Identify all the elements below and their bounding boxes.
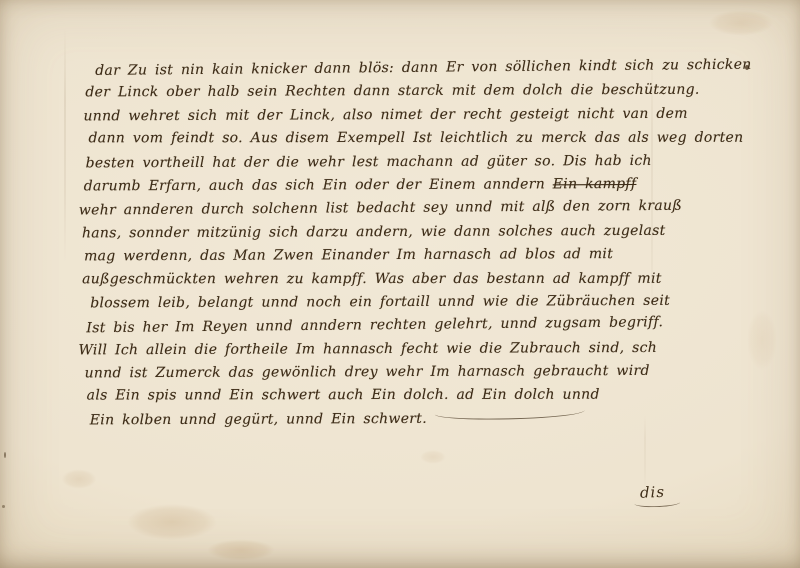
manuscript-line: dann vom feindt so. Aus disem Exempell I… — [89, 127, 709, 151]
manuscript-line: als Ein spis unnd Ein schwert auch Ein d… — [87, 384, 710, 408]
foxing-stain — [56, 466, 102, 492]
handwritten-text-block: dar Zu ist nin kain knicker dann blös: d… — [83, 56, 710, 433]
manuscript-line: mag werdenn, das Man Zwen Einander Im ha… — [84, 243, 709, 269]
struck-text: Ein kampff — [553, 176, 637, 192]
ink-spot — [2, 505, 5, 508]
catchword: dis — [640, 482, 681, 507]
manuscript-line: besten vortheill hat der die wehr lest m… — [86, 149, 709, 175]
manuscript-line: Ein kolben unnd gegürt, unnd Ein schwert… — [90, 406, 710, 432]
foxing-stain — [416, 448, 450, 466]
manuscript-line: der Linck ober halb sein Rechten dann st… — [85, 79, 708, 105]
manuscript-line: hans, sonnder mitzünig sich darzu andern… — [82, 219, 709, 245]
foxing-stain — [698, 6, 784, 40]
manuscript-line: unnd ist Zumerck das gewönlich drey wehr… — [85, 360, 710, 386]
manuscript-page-photo: dar Zu ist nin kain knicker dann blös: d… — [0, 0, 800, 568]
paper-fold-line — [64, 28, 66, 263]
foxing-stain — [112, 498, 232, 546]
manuscript-line: unnd wehret sich mit der Linck, also nim… — [83, 102, 708, 128]
ink-spot — [4, 452, 6, 458]
manuscript-line: außgeschmückten wehren zu kampff. Was ab… — [82, 267, 709, 291]
manuscript-line: Will Ich allein die fortheile Im hannasc… — [78, 336, 709, 362]
foxing-stain — [742, 300, 782, 380]
foxing-stain — [196, 536, 286, 564]
